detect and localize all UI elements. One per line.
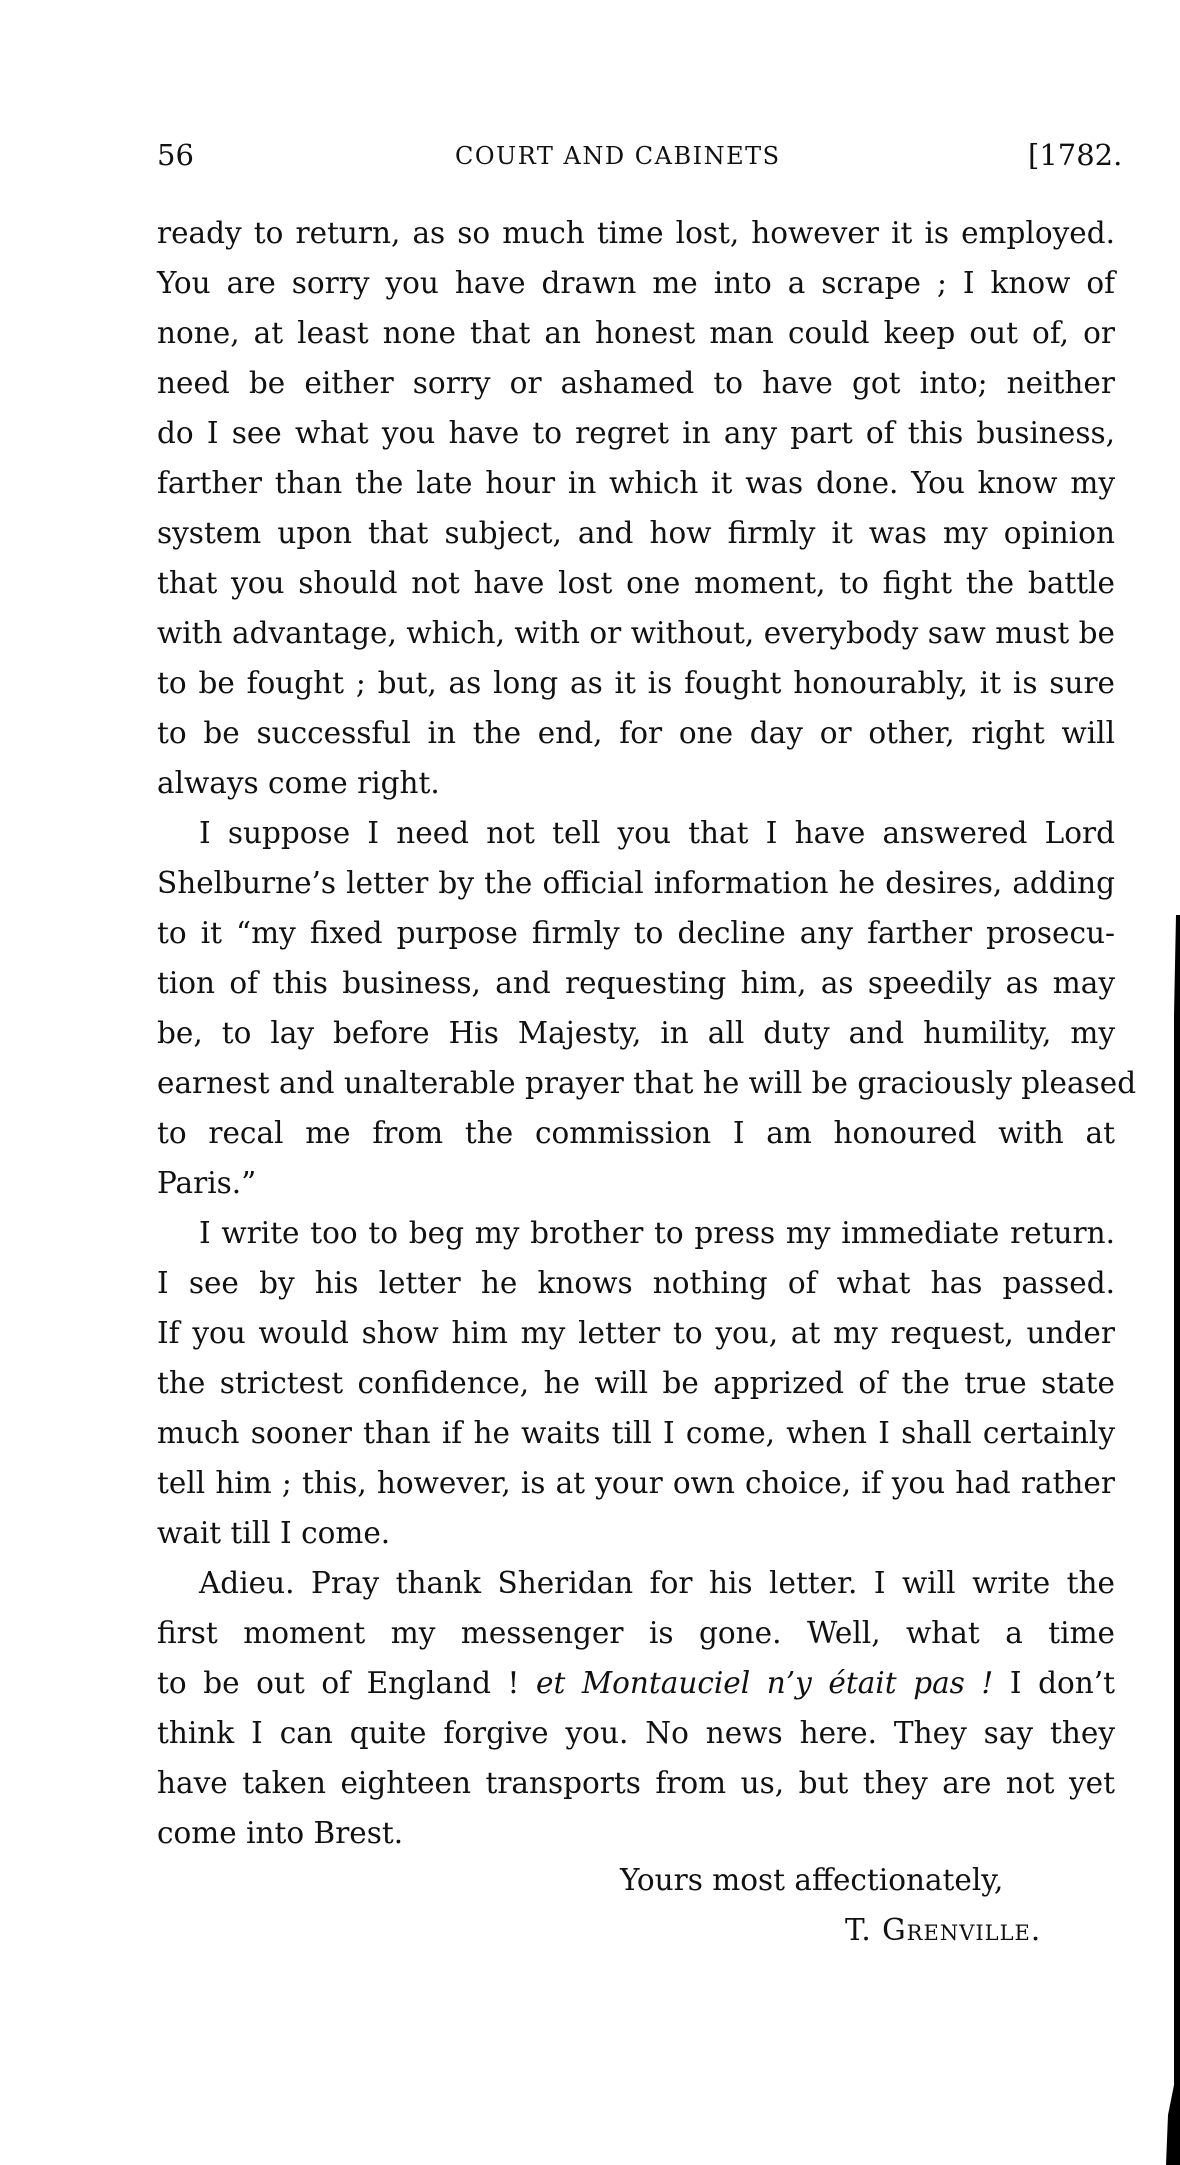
text-line: think I can quite forgive you. No news h… [157, 1708, 1115, 1758]
text-line: to be fought ; but, as long as it is fou… [157, 658, 1115, 708]
text-line: be, to lay before His Majesty, in all du… [157, 1008, 1115, 1058]
text-line: farther than the late hour in which it w… [157, 458, 1115, 508]
text-line: tion of this business, and requesting hi… [157, 958, 1115, 1008]
text-line: tell him ; this, however, is at your own… [157, 1458, 1115, 1508]
paragraph-start-line: I write too to beg my brother to press m… [157, 1208, 1115, 1258]
text-line: that you should not have lost one moment… [157, 558, 1115, 608]
paragraph-start-line: Adieu. Pray thank Sheridan for his lette… [157, 1558, 1115, 1608]
text-line: need be either sorry or ashamed to have … [157, 358, 1115, 408]
text-line: have taken eighteen transports from us, … [157, 1758, 1115, 1808]
text-line: Shelburne’s letter by the official infor… [157, 858, 1115, 908]
text-fragment: I don’t [1010, 1666, 1115, 1700]
french-phrase: et Montauciel n’y était pas ! [536, 1666, 993, 1700]
text-line: much sooner than if he waits till I come… [157, 1408, 1115, 1458]
text-line: do I see what you have to regret in any … [157, 408, 1115, 458]
text-line: to recal me from the commission I am hon… [157, 1108, 1115, 1158]
text-line: to it “my fixed purpose firmly to declin… [157, 908, 1115, 958]
text-line: with advantage, which, with or without, … [157, 608, 1115, 658]
page-edge-shadow [1164, 915, 1180, 2165]
letter-closing: Yours most affectionately, [620, 1855, 1003, 1905]
text-fragment: to be out of England ! [157, 1666, 519, 1700]
letter-body: ready to return, as so much time lost, h… [157, 208, 1115, 1858]
running-title: COURT AND CABINETS [455, 142, 781, 170]
text-line-mixed: to be out of England ! et Montauciel n’y… [157, 1658, 1115, 1708]
page-number: 56 [157, 138, 194, 172]
running-header: 56 COURT AND CABINETS [1782. [0, 138, 1180, 178]
text-line: You are sorry you have drawn me into a s… [157, 258, 1115, 308]
text-line: the strictest confidence, he will be app… [157, 1358, 1115, 1408]
text-line: wait till I come. [157, 1508, 1115, 1558]
text-line: come into Brest. [157, 1808, 1115, 1858]
text-line: If you would show him my letter to you, … [157, 1308, 1115, 1358]
text-line: to be successful in the end, for one day… [157, 708, 1115, 758]
text-line: always come right. [157, 758, 1115, 808]
text-line: none, at least none that an honest man c… [157, 308, 1115, 358]
signature-name: Grenville. [882, 1913, 1041, 1947]
text-line: first moment my messenger is gone. Well,… [157, 1608, 1115, 1658]
letter-signature: T. Grenville. [845, 1905, 1041, 1955]
text-line: I see by his letter he knows nothing of … [157, 1258, 1115, 1308]
signature-initial: T. [845, 1913, 872, 1947]
text-line: earnest and unalterable prayer that he w… [157, 1058, 1115, 1108]
paragraph-start-line: I suppose I need not tell you that I hav… [157, 808, 1115, 858]
text-line: Paris.” [157, 1158, 1115, 1208]
header-year: [1782. [1028, 138, 1122, 172]
text-line: system upon that subject, and how firmly… [157, 508, 1115, 558]
book-page: 56 COURT AND CABINETS [1782. ready to re… [0, 0, 1180, 2165]
text-line: ready to return, as so much time lost, h… [157, 208, 1115, 258]
